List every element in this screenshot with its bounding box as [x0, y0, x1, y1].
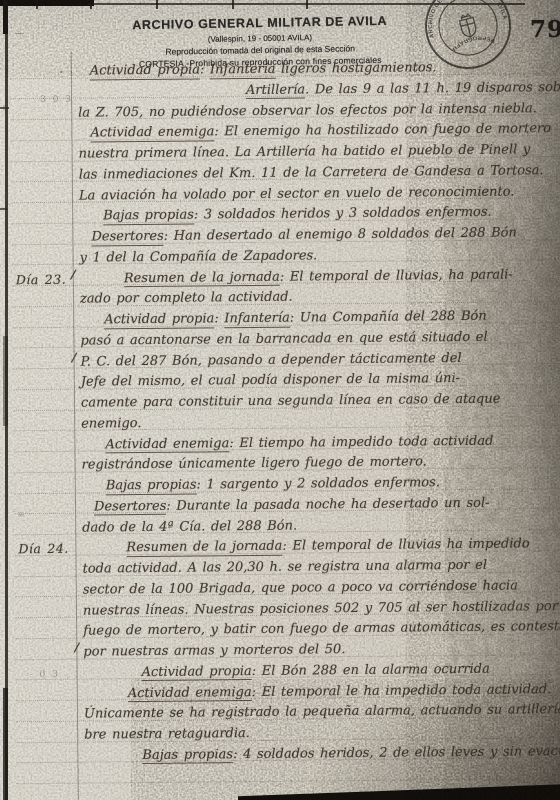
handwritten-text: registrándose únicamente ligero fuego de… [82, 455, 427, 473]
underlined-heading: Actividad propia [142, 664, 252, 682]
handwritten-text: : [214, 311, 224, 326]
handwritten-text: : 1 sargento y 2 soldados enfermos. [196, 475, 440, 492]
handwritten-text: enemigo. [81, 416, 141, 432]
handwritten-text: dado de la 4ª Cía. del 288 Bón. [82, 518, 297, 535]
margin-rule-line [71, 52, 79, 800]
margin-stroke-mark: / [72, 638, 80, 659]
handwritten-text: toda actividad. A las 20,30 h. se regist… [83, 558, 488, 577]
pencil-mark: — [14, 28, 26, 39]
pencil-mark: + [0, 103, 10, 113]
underlined-heading: Resumen de la jornada [124, 269, 280, 287]
handwritten-text: . De las 9 a las 11 h. 19 disparos sobre [305, 80, 560, 98]
manuscript-line: Artillería. De las 9 a las 11 h. 19 disp… [246, 78, 556, 102]
handwritten-text: la Z. 705, no pudiéndose observar los ef… [78, 101, 537, 120]
handwritten-text: camente para constituir una segunda líne… [81, 392, 501, 411]
handwritten-text: y 1 del la Compañía de Zapadores. [80, 248, 318, 265]
handwritten-text: : 3 soldados heridos y 3 soldados enferm… [194, 205, 492, 223]
margin-day-note: Día 23. [16, 269, 67, 290]
handwritten-text: zado por completo la actividad. [80, 290, 293, 307]
pencil-mark: ≡ [17, 510, 27, 520]
manuscript-layer: Actividad propia: Infantería ligeros hos… [0, 0, 560, 800]
rule-line [17, 778, 560, 784]
handwritten-text: : Una Compañía del 288 Bón [290, 309, 487, 326]
pencil-mark: - 0 3 [30, 670, 60, 680]
handwritten-text: ligeros hostigamientos. [275, 60, 436, 77]
handwritten-text: Jefe del mismo, el cual podía disponer d… [81, 371, 460, 390]
underlined-heading: Bajas propias [106, 478, 197, 495]
underlined-heading: Infantería [224, 311, 290, 328]
underlined-heading: Actividad enemiga [105, 436, 229, 454]
handwritten-text: nuestra primera línea. La Artillería ha … [79, 142, 531, 161]
underlined-heading: Infantería [210, 62, 276, 79]
handwritten-text: : 4 soldados heridos, 2 de ellos leves y… [233, 744, 560, 762]
underlined-heading: Actividad propia [104, 311, 214, 329]
margin-stroke-mark: / [70, 348, 78, 369]
handwritten-text: : El tiempo ha impedido toda actividad [229, 433, 493, 451]
underlined-heading: Artillería [246, 82, 305, 99]
handwritten-text: nuestras líneas. Nuestras posiciones 502… [83, 599, 558, 619]
handwritten-text: fuego de mortero, y batir con fuego de a… [83, 619, 560, 639]
manuscript-lines: Actividad propia: Infantería ligeros hos… [78, 57, 560, 767]
underlined-heading: Desertores [94, 499, 166, 516]
pencil-mark: · • · [50, 68, 75, 77]
handwritten-text: pasó a acantonarse en la barrancada en q… [80, 329, 487, 348]
handwritten-text: P. C. del 287 Bón, pasando a depender tá… [81, 350, 462, 369]
underlined-heading: Actividad enemiga [90, 125, 214, 143]
underlined-heading: Bajas propias [103, 208, 194, 225]
handwritten-text: sector de la 100 Brigada, que poco a poc… [83, 578, 518, 597]
underlined-heading: Actividad enemiga [128, 684, 252, 702]
handwritten-text: : Durante la pasada noche ha desertado u… [166, 495, 489, 513]
manuscript-line: Bajas propias: 4 soldados heridos, 2 de … [142, 742, 560, 767]
pencil-mark: 3 0 3 [40, 95, 73, 105]
handwritten-text: bre nuestra retaguardia. [84, 726, 250, 743]
handwritten-text: : El temporal le ha impedido toda activi… [252, 682, 552, 700]
underlined-heading: Resumen de la jornada [126, 539, 282, 557]
underlined-heading: Desertores [91, 229, 163, 246]
margin-day-note: Día 24. [18, 539, 69, 560]
margin-stroke-mark: / [69, 265, 77, 286]
handwritten-text: : El temporal de lluvias, ha parali- [280, 267, 513, 284]
handwritten-text: : Han desertado al enemigo 8 soldados de… [164, 225, 517, 243]
scanned-document-page: ARCHIVO GENERAL MILITAR DE AVILA (Valles… [0, 0, 560, 800]
handwritten-text: : El enemigo ha hostilizado con fuego de… [214, 121, 551, 139]
handwritten-text: las inmediaciones del Km. 11 de la Carre… [79, 163, 544, 182]
handwritten-text: : [200, 62, 210, 77]
handwritten-text: Únicamente se ha registrado la pequeña a… [84, 702, 560, 722]
handwritten-text: : El Bón 288 en la alarma ocurrida [252, 661, 490, 678]
underlined-heading: Actividad propia [90, 62, 200, 80]
underlined-heading: Bajas propias [142, 747, 233, 764]
handwritten-text: La aviación ha volado por el sector en v… [79, 184, 515, 203]
handwritten-text: : El temporal de lluvias ha impedido [282, 537, 529, 554]
handwritten-text: por nuestras armas y morteros del 50. [83, 642, 345, 660]
